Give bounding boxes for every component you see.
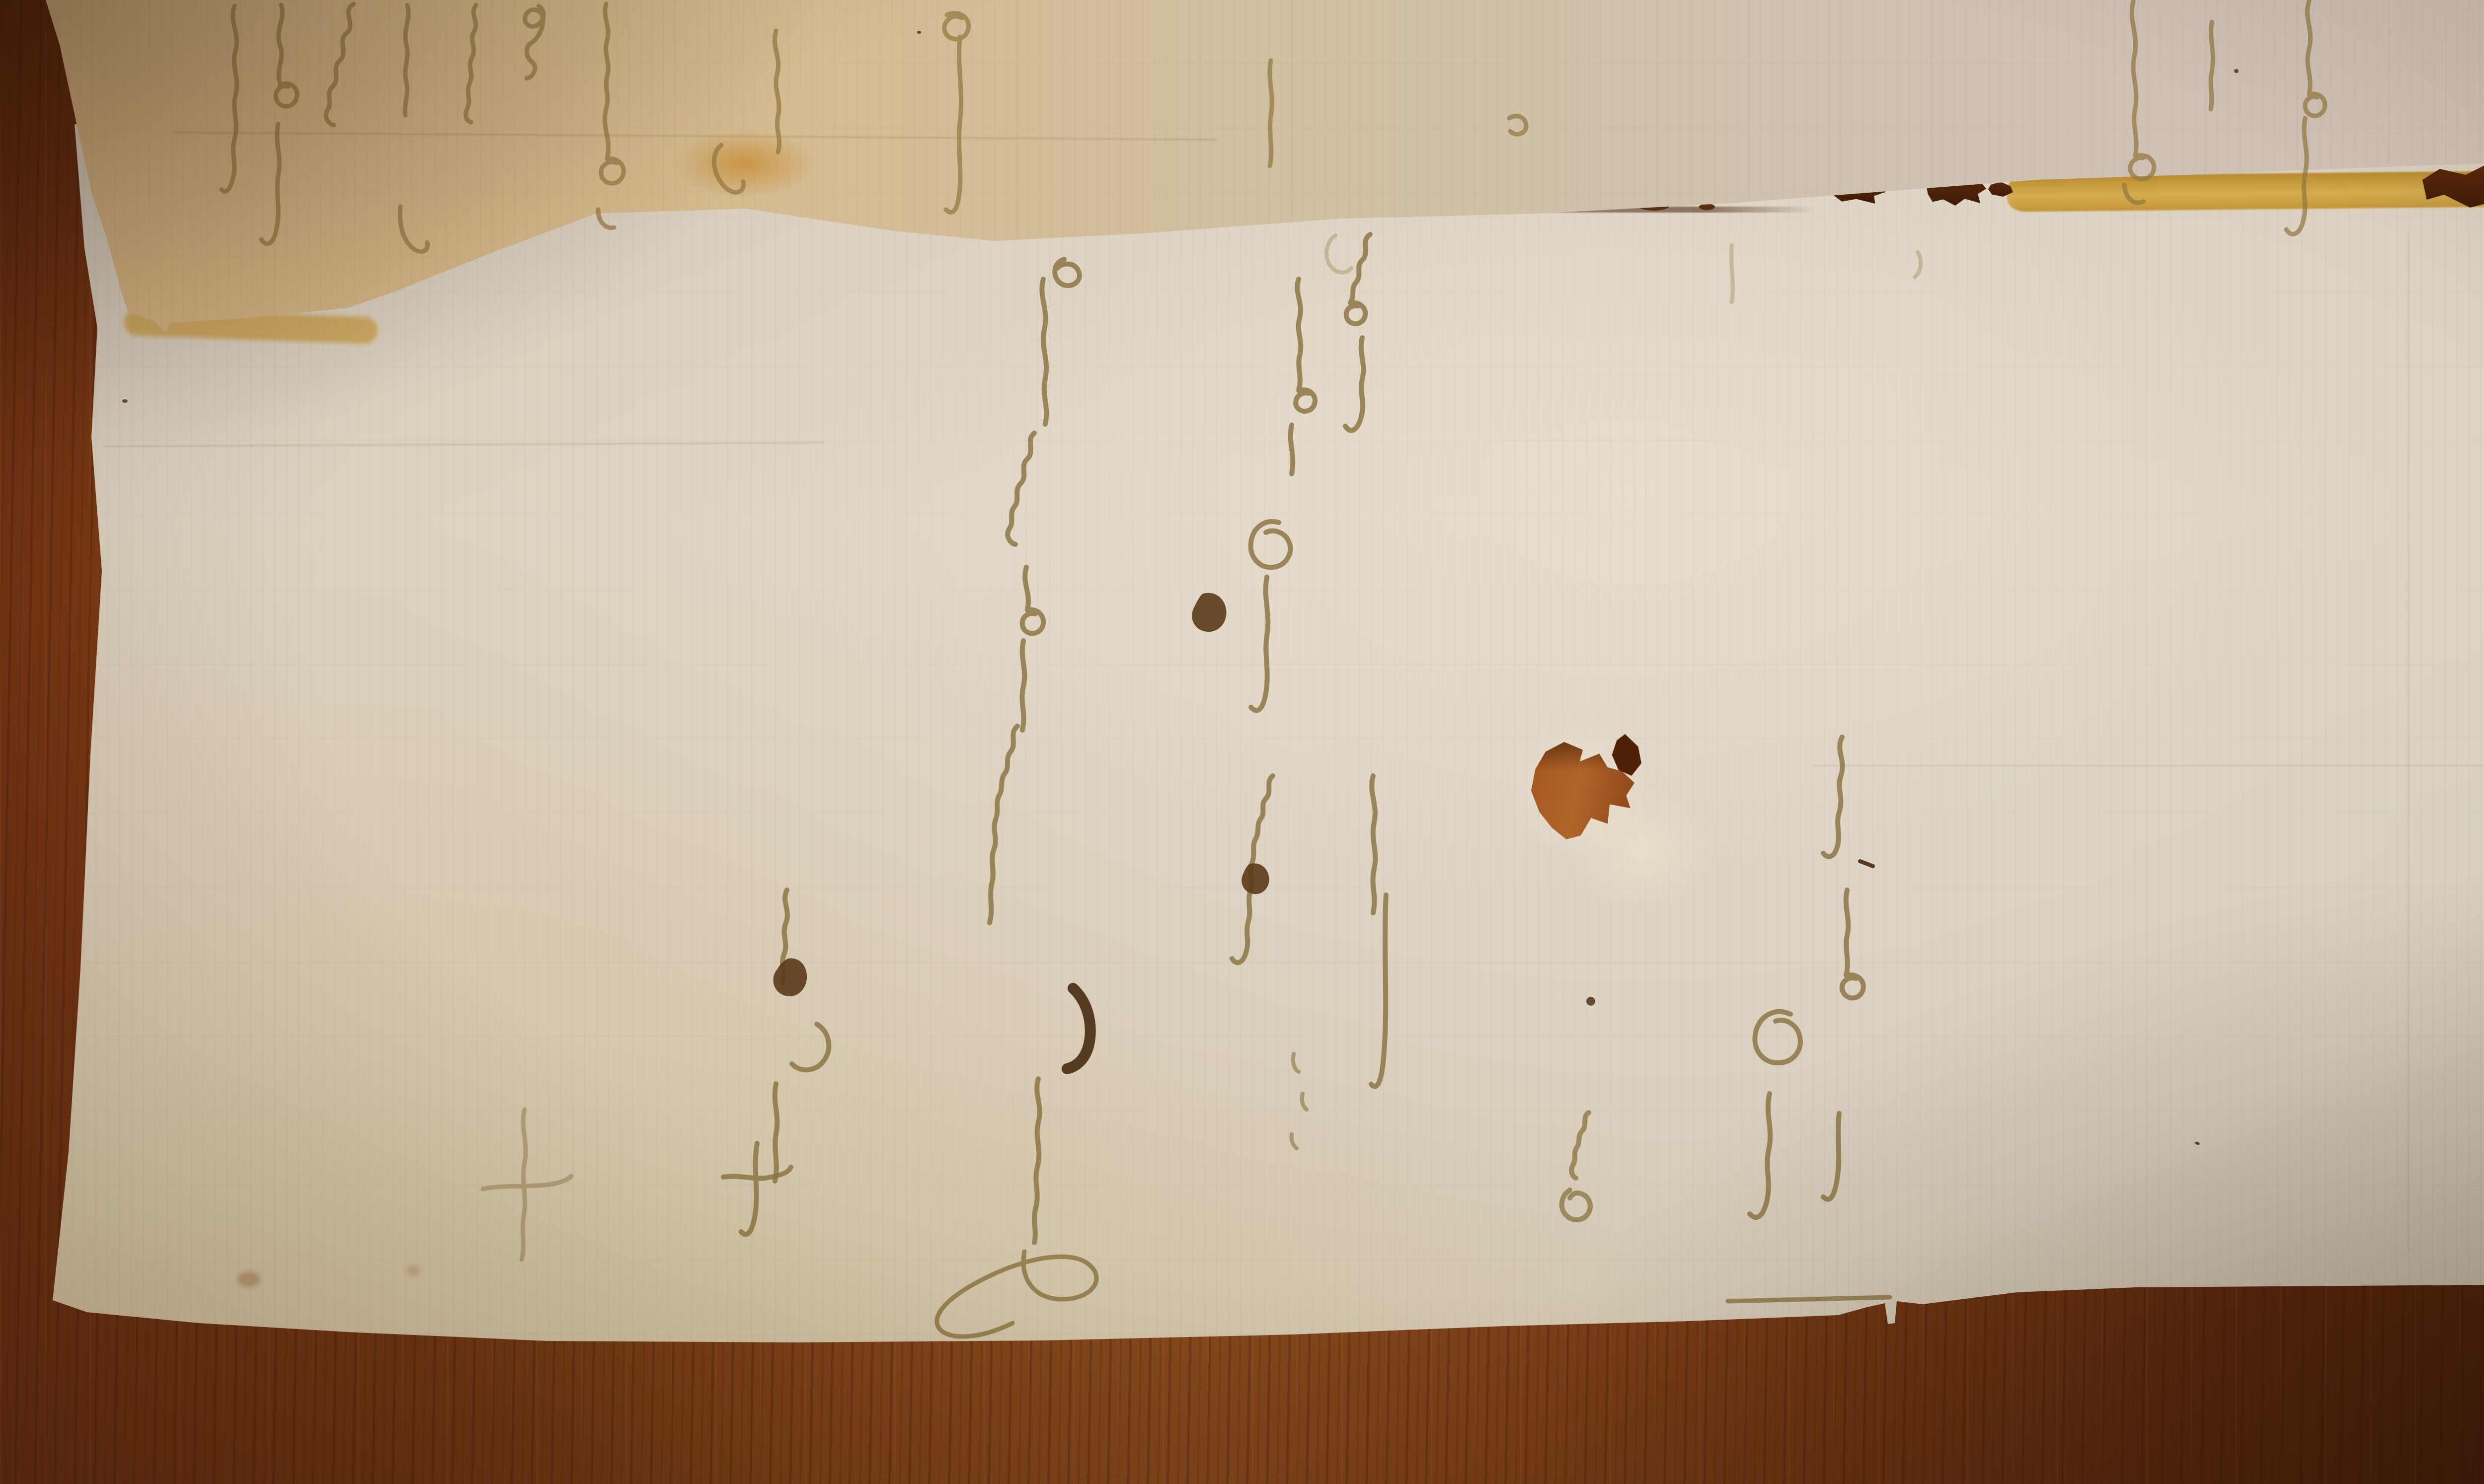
paper-speck	[2194, 1141, 2200, 1145]
crease-line	[104, 442, 825, 447]
foxing-spot	[237, 1271, 260, 1287]
crease-line	[2407, 233, 2409, 1252]
paper-speck	[917, 31, 921, 34]
foxing-spot	[406, 1265, 420, 1275]
paper-speck	[2234, 69, 2239, 73]
manuscript-photo	[0, 0, 2484, 1484]
paper-speck	[122, 399, 128, 403]
crease-line	[174, 132, 1217, 141]
crease-line	[1813, 765, 2484, 766]
